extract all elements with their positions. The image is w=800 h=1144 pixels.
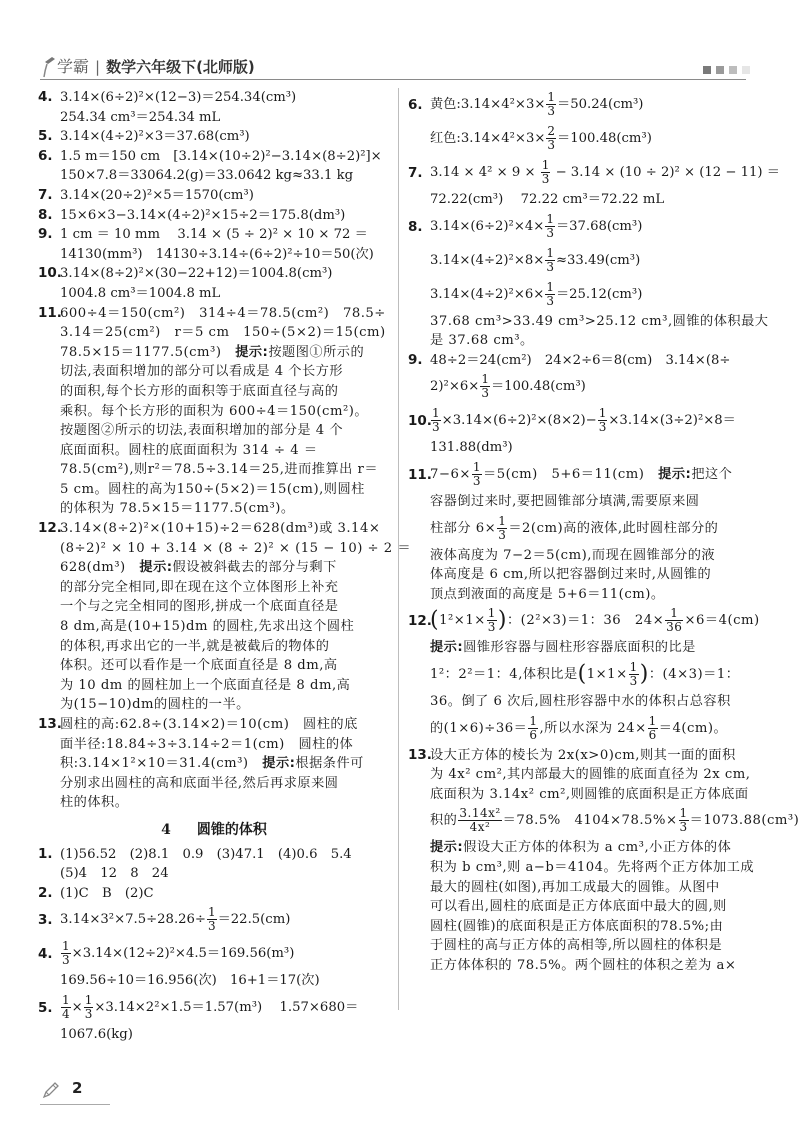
answer-line: 圆柱的高:62.8÷(3.14×2)＝10(cm) 圆柱的底 (60, 715, 390, 735)
answer-line: 1067.6(kg) (60, 1025, 390, 1045)
fraction: 13 (472, 461, 482, 488)
answer-line: 3.14×(4÷2)²×8×13≈33.49(cm³) (430, 244, 768, 278)
hint-text: 为(15−10)dm的圆柱的一半。 (60, 695, 411, 715)
hint-text: 体积。还可以看作是一个底面直径是 8 dm,高 (60, 656, 411, 676)
hint-text: 容器倒过来时,要把圆锥部分填满,需要原来圆 (430, 492, 748, 512)
answer-4: 4. 3.14×(6÷2)²×(12−3)＝254.34(cm³) 254.34… (38, 88, 390, 127)
page-number: 2 (72, 1079, 82, 1097)
hint-text: 可以看出,圆柱的底面是正方体底面中最大的圆,则 (430, 897, 799, 917)
pencil-icon (42, 1081, 60, 1099)
answer-line: 3.14×(6÷2)²×4×13＝37.68(cm³) (430, 210, 768, 244)
answer-10: 10. 3.14×(8÷2)²×(30−22+12)＝1004.8(cm³) 1… (38, 264, 390, 303)
brand-logo: 学霸 | 数学六年级下(北师版) (42, 52, 255, 78)
answer-line: 1004.8 cm³＝1004.8 mL (60, 284, 390, 304)
item-number: 10. (38, 264, 60, 303)
answer-9: 9. 1 cm ＝ 10 mm 3.14 × (5 ÷ 2)² × 10 × 7… (38, 225, 390, 264)
page-header: 学霸 | 数学六年级下(北师版) (40, 52, 746, 80)
fraction: 16 (648, 715, 658, 742)
header-decoration (703, 66, 750, 74)
hint-text: 按题图②所示的切法,表面积增加的部分是 4 个 (60, 421, 390, 441)
fraction: 13 (497, 515, 507, 542)
answer-line: 37.68 cm³>33.49 cm³>25.12 cm³,圆锥的体积最大 (430, 312, 768, 332)
item-number: 7. (38, 186, 60, 206)
item-number: 8. (38, 206, 60, 226)
item-number: 7. (408, 156, 430, 210)
answer-8: 8. 15×6×3−3.14×(4÷2)²×15÷2＝175.8(dm³) (38, 206, 390, 226)
hint-label: 提示: (430, 840, 463, 855)
book-title: 数学六年级下(北师版) (106, 56, 255, 78)
s4-answer-10: 10. 13×3.14×(6÷2)²×(8×2)−13×3.14×(3÷2)²×… (408, 404, 748, 458)
s4-answer-1: 1. (1)56.52 (2)8.1 0.9 (3)47.1 (4)0.6 5.… (38, 845, 390, 884)
fraction: 13 (679, 807, 689, 834)
header-separator: | (95, 56, 100, 78)
hint-text: 柱的体积。 (60, 793, 390, 813)
answer-7: 7. 3.14×(20÷2)²×5＝1570(cm³) (38, 186, 390, 206)
item-number: 6. (38, 147, 60, 186)
hint-text: 柱部分 6×13＝2(cm)高的液体,此时圆柱部分的 (430, 512, 748, 546)
hint-text: 液体高度为 7−2＝5(cm),而现在圆锥部分的液 (430, 546, 748, 566)
answer-line: 黄色:3.14×4²×3×13＝50.24(cm³) (430, 88, 748, 122)
answer-line: 13×3.14×(6÷2)²×(8×2)−13×3.14×(3÷2)²×8＝ (430, 404, 748, 438)
answer-line: 13×3.14×(12÷2)²×4.5＝169.56(m³) (60, 937, 390, 971)
fraction: 13 (545, 281, 555, 308)
fraction: 13 (84, 994, 94, 1021)
answer-line: 150×7.8＝33064.2(g)＝33.0642 kg≈33.1 kg (60, 166, 390, 186)
fraction: 13 (629, 661, 639, 688)
answer-line: 1.5 m＝150 cm [3.14×(10÷2)²−3.14×(8÷2)²]× (60, 147, 390, 167)
page-footer: 2 (40, 1077, 110, 1105)
hint-text: 为 10 dm 的圆柱加上一个底面直径是 8 dm,高 (60, 676, 411, 696)
fraction: 14 (61, 994, 71, 1021)
answer-line: 积:3.14×1²×10＝31.4(cm³) 提示:根据条件可 (60, 754, 390, 774)
fraction: 13 (480, 373, 490, 400)
hint-text: 积为 b cm³,则 a−b＝4104。先将两个正方体加工成 (430, 858, 799, 878)
answer-line: 72.22(cm³) 72.22 cm³＝72.22 mL (430, 190, 780, 210)
hint-text: 于圆柱的高与正方体的高相等,所以圆柱的体积是 (430, 936, 799, 956)
hint-text: 分别求出圆柱的高和底面半径,然后再求原来圆 (60, 774, 390, 794)
s4-answer-5: 5. 14×13×3.14×2²×1.5＝1.57(m³) 1.57×680＝ … (38, 991, 390, 1045)
item-number: 8. (408, 210, 430, 351)
answer-6: 6. 1.5 m＝150 cm [3.14×(10÷2)²−3.14×(8÷2)… (38, 147, 390, 186)
hint-text: 的(1×6)÷36＝16,所以水深为 24×16＝4(cm)。 (430, 712, 760, 746)
item-number: 3. (38, 903, 60, 937)
s4-answer-4: 4. 13×3.14×(12÷2)²×4.5＝169.56(m³) 169.56… (38, 937, 390, 991)
s4-answer-6: 6. 黄色:3.14×4²×3×13＝50.24(cm³) 红色:3.14×4²… (408, 88, 748, 156)
item-number: 6. (408, 88, 430, 156)
item-number: 5. (38, 991, 60, 1045)
fraction: 13 (431, 407, 441, 434)
hint-label: 提示: (430, 640, 463, 655)
hint-text: 顶点到液面的高度是 5+6＝11(cm)。 (430, 585, 748, 605)
deco-square (742, 66, 750, 74)
fraction: 13 (598, 407, 608, 434)
hint-text: 36。倒了 6 次后,圆柱形容器中水的体积占总容积 (430, 692, 760, 712)
answer-line: 48÷2＝24(cm²) 24×2÷6＝8(cm) 3.14×(8÷ (430, 351, 748, 371)
s4-answer-12: 12. (1²×1×13)：(2²×3)＝1：36 24×136×6＝4(cm)… (408, 604, 748, 745)
hint-text: 的体积为 78.5×15＝1177.5(cm³)。 (60, 499, 390, 519)
s4-answer-7: 7. 3.14 × 4² × 9 × 13 − 3.14 × (10 ÷ 2)²… (408, 156, 748, 210)
answer-line: (1²×1×13)：(2²×3)＝1：36 24×136×6＝4(cm) (430, 604, 760, 638)
s4-answer-11: 11. 7−6×13＝5(cm) 5+6＝11(cm) 提示:把这个 容器倒过来… (408, 458, 748, 604)
s4-answer-2: 2. (1)C B (2)C (38, 884, 390, 904)
item-number: 5. (38, 127, 60, 147)
answer-line: (8÷2)² × 10 + 3.14 × (8 ÷ 2)² × (15 − 10… (60, 539, 411, 559)
s4-answer-13: 13. 设大正方体的棱长为 2x(x>0)cm,则其一面的面积 为 4x² cm… (408, 746, 748, 976)
answer-line: 600÷4＝150(cm²) 314÷4＝78.5(cm²) 78.5÷ (60, 304, 390, 324)
deco-square (716, 66, 724, 74)
item-number: 1. (38, 845, 60, 884)
answer-line: 设大正方体的棱长为 2x(x>0)cm,则其一面的面积 (430, 746, 799, 766)
right-column: 6. 黄色:3.14×4²×3×13＝50.24(cm³) 红色:3.14×4²… (408, 88, 748, 975)
section-number: 4 (161, 822, 171, 838)
fraction: 13 (545, 213, 555, 240)
answer-5: 5. 3.14×(4÷2)²×3＝37.68(cm³) (38, 127, 390, 147)
answer-line: 为 4x² cm²,其内部最大的圆锥的底面直径为 2x cm, (430, 765, 799, 785)
answer-11: 11. 600÷4＝150(cm²) 314÷4＝78.5(cm²) 78.5÷… (38, 304, 390, 520)
hint-text: 的体积,再求出它的一半,就是被截后的物体的 (60, 637, 411, 657)
answer-line: 3.14×(8÷2)²×(10+15)÷2＝628(dm³)或 3.14× (60, 519, 411, 539)
hint-label: 提示: (658, 467, 691, 482)
fraction: 13 (207, 906, 217, 933)
item-number: 2. (38, 884, 60, 904)
hint-text: 5 cm。圆柱的高为150÷(5×2)＝15(cm),则圆柱 (60, 480, 390, 500)
s4-answer-8: 8. 3.14×(6÷2)²×4×13＝37.68(cm³) 3.14×(4÷2… (408, 210, 748, 351)
hint-text: 1²：2²＝1：4,体积比是(1×1×13)：(4×3)＝1： (430, 658, 760, 692)
deco-square (729, 66, 737, 74)
answer-line: 169.56÷10＝16.956(次) 16+1＝17(次) (60, 971, 390, 991)
hint-text: 底面面积。圆柱的底面面积为 314 ÷ 4 ＝ (60, 441, 390, 461)
answer-12: 12. 3.14×(8÷2)²×(10+15)÷2＝628(dm³)或 3.14… (38, 519, 390, 715)
answer-line: 3.14＝25(cm²) r＝5 cm 150÷(5×2)＝15(cm) (60, 323, 390, 343)
section-title: 圆锥的体积 (197, 822, 267, 838)
item-number: 9. (408, 351, 430, 405)
item-number: 13. (408, 746, 430, 976)
fraction: 13 (545, 247, 555, 274)
fraction: 23 (546, 125, 556, 152)
hint-text: 的面积,每个长方形的面积等于底面直径与高的 (60, 382, 390, 402)
hint-label: 提示: (235, 345, 268, 360)
answer-line: 254.34 cm³＝254.34 mL (60, 108, 390, 128)
answer-line: 78.5×15＝1177.5(cm³) 提示:按题图①所示的 (60, 343, 390, 363)
answer-line: 3.14×3²×7.5÷28.26÷13＝22.5(cm) (60, 903, 390, 937)
answer-line: 面半径:18.84÷3÷3.14÷2＝1(cm) 圆柱的体 (60, 735, 390, 755)
answer-line: 14×13×3.14×2²×1.5＝1.57(m³) 1.57×680＝ (60, 991, 390, 1025)
answer-line: 3.14×(4÷2)²×3＝37.68(cm³) (60, 127, 390, 147)
item-number: 11. (38, 304, 60, 520)
hint-text: 提示:圆锥形容器与圆柱形容器底面积的比是 (430, 638, 760, 658)
hint-text: 圆柱(圆锥)的底面积是正方体底面积的78.5%;由 (430, 917, 799, 937)
deco-square (703, 66, 711, 74)
item-number: 13. (38, 715, 60, 813)
answer-line: 3.14×(20÷2)²×5＝1570(cm³) (60, 186, 390, 206)
fraction: 13 (487, 607, 497, 634)
answer-line: 底面积为 3.14x² cm²,则圆锥的底面积是正方体底面 (430, 785, 799, 805)
s4-answer-3: 3. 3.14×3²×7.5÷28.26÷13＝22.5(cm) (38, 903, 390, 937)
answer-line: 积的3.14x²4x²＝78.5% 4104×78.5%×13＝1073.88(… (430, 804, 799, 838)
answer-line: 红色:3.14×4²×3×23＝100.48(cm³) (430, 122, 748, 156)
hint-label: 提示: (262, 756, 295, 771)
hint-text: 正方体体积的 78.5%。两个圆柱的体积之差为 a× (430, 956, 799, 976)
hint-text: 提示:假设大正方体的体积为 a cm³,小正方体的体 (430, 838, 799, 858)
item-number: 4. (38, 88, 60, 127)
answer-line: 3.14×(8÷2)²×(30−22+12)＝1004.8(cm³) (60, 264, 390, 284)
fraction: 13 (541, 159, 551, 186)
fraction: 13 (61, 940, 71, 967)
s4-answer-9: 9. 48÷2＝24(cm²) 24×2÷6＝8(cm) 3.14×(8÷ 2)… (408, 351, 748, 405)
hint-text: 乘积。每个长方形的面积为 600÷4＝150(cm²)。 (60, 402, 390, 422)
item-number: 10. (408, 404, 430, 458)
answer-line: (5)4 12 8 24 (60, 864, 390, 884)
answer-line: 是 37.68 cm³。 (430, 331, 768, 351)
answer-line: 15×6×3−3.14×(4÷2)²×15÷2＝175.8(dm³) (60, 206, 390, 226)
answer-line: 2)²×6×13＝100.48(cm³) (430, 370, 748, 404)
answer-line: 1 cm ＝ 10 mm 3.14 × (5 ÷ 2)² × 10 × 72 ＝ (60, 225, 390, 245)
hint-text: 78.5(cm²),则r²＝78.5÷3.14＝25,进而推算出 r＝ (60, 460, 390, 480)
item-number: 4. (38, 937, 60, 991)
item-number: 12. (38, 519, 60, 715)
left-column: 4. 3.14×(6÷2)²×(12−3)＝254.34(cm³) 254.34… (38, 88, 390, 1045)
hint-text: 的部分完全相同,即在现在这个立体图形上补充 (60, 578, 411, 598)
fraction: 3.14x²4x² (458, 807, 501, 834)
section-heading: 4圆锥的体积 (38, 821, 390, 841)
fraction: 136 (665, 607, 683, 634)
hint-text: 一个与之完全相同的图形,拼成一个底面直径是 (60, 597, 411, 617)
fraction: 13 (546, 91, 556, 118)
answer-line: 628(dm³) 提示:假设被斜截去的部分与剩下 (60, 558, 411, 578)
item-number: 9. (38, 225, 60, 264)
item-number: 11. (408, 458, 430, 604)
graduation-cap-icon (42, 56, 56, 78)
brand-name: 学霸 (57, 56, 89, 78)
hint-text: 切法,表面积增加的部分可以看成是 4 个长方形 (60, 362, 390, 382)
answer-13: 13. 圆柱的高:62.8÷(3.14×2)＝10(cm) 圆柱的底 面半径:1… (38, 715, 390, 813)
hint-text: 体高度是 6 cm,所以把容器倒过来时,从圆锥的 (430, 565, 748, 585)
answer-line: 131.88(dm³) (430, 438, 748, 458)
answer-line: 3.14×(4÷2)²×6×13＝25.12(cm³) (430, 278, 768, 312)
hint-label: 提示: (139, 560, 172, 575)
answer-line: 14130(mm³) 14130÷3.14÷(6÷2)²÷10＝50(次) (60, 245, 390, 265)
item-number: 12. (408, 604, 430, 745)
answer-line: 3.14 × 4² × 9 × 13 − 3.14 × (10 ÷ 2)² × … (430, 156, 780, 190)
answer-line: 3.14×(6÷2)²×(12−3)＝254.34(cm³) (60, 88, 390, 108)
hint-text: 8 dm,高是(10+15)dm 的圆柱,先求出这个圆柱 (60, 617, 411, 637)
fraction: 16 (528, 715, 538, 742)
hint-text: 最大的圆柱(如图),再加工成最大的圆锥。从图中 (430, 878, 799, 898)
answer-line: (1)C B (2)C (60, 884, 390, 904)
answer-line: (1)56.52 (2)8.1 0.9 (3)47.1 (4)0.6 5.4 (60, 845, 390, 865)
answer-line: 7−6×13＝5(cm) 5+6＝11(cm) 提示:把这个 (430, 458, 748, 492)
